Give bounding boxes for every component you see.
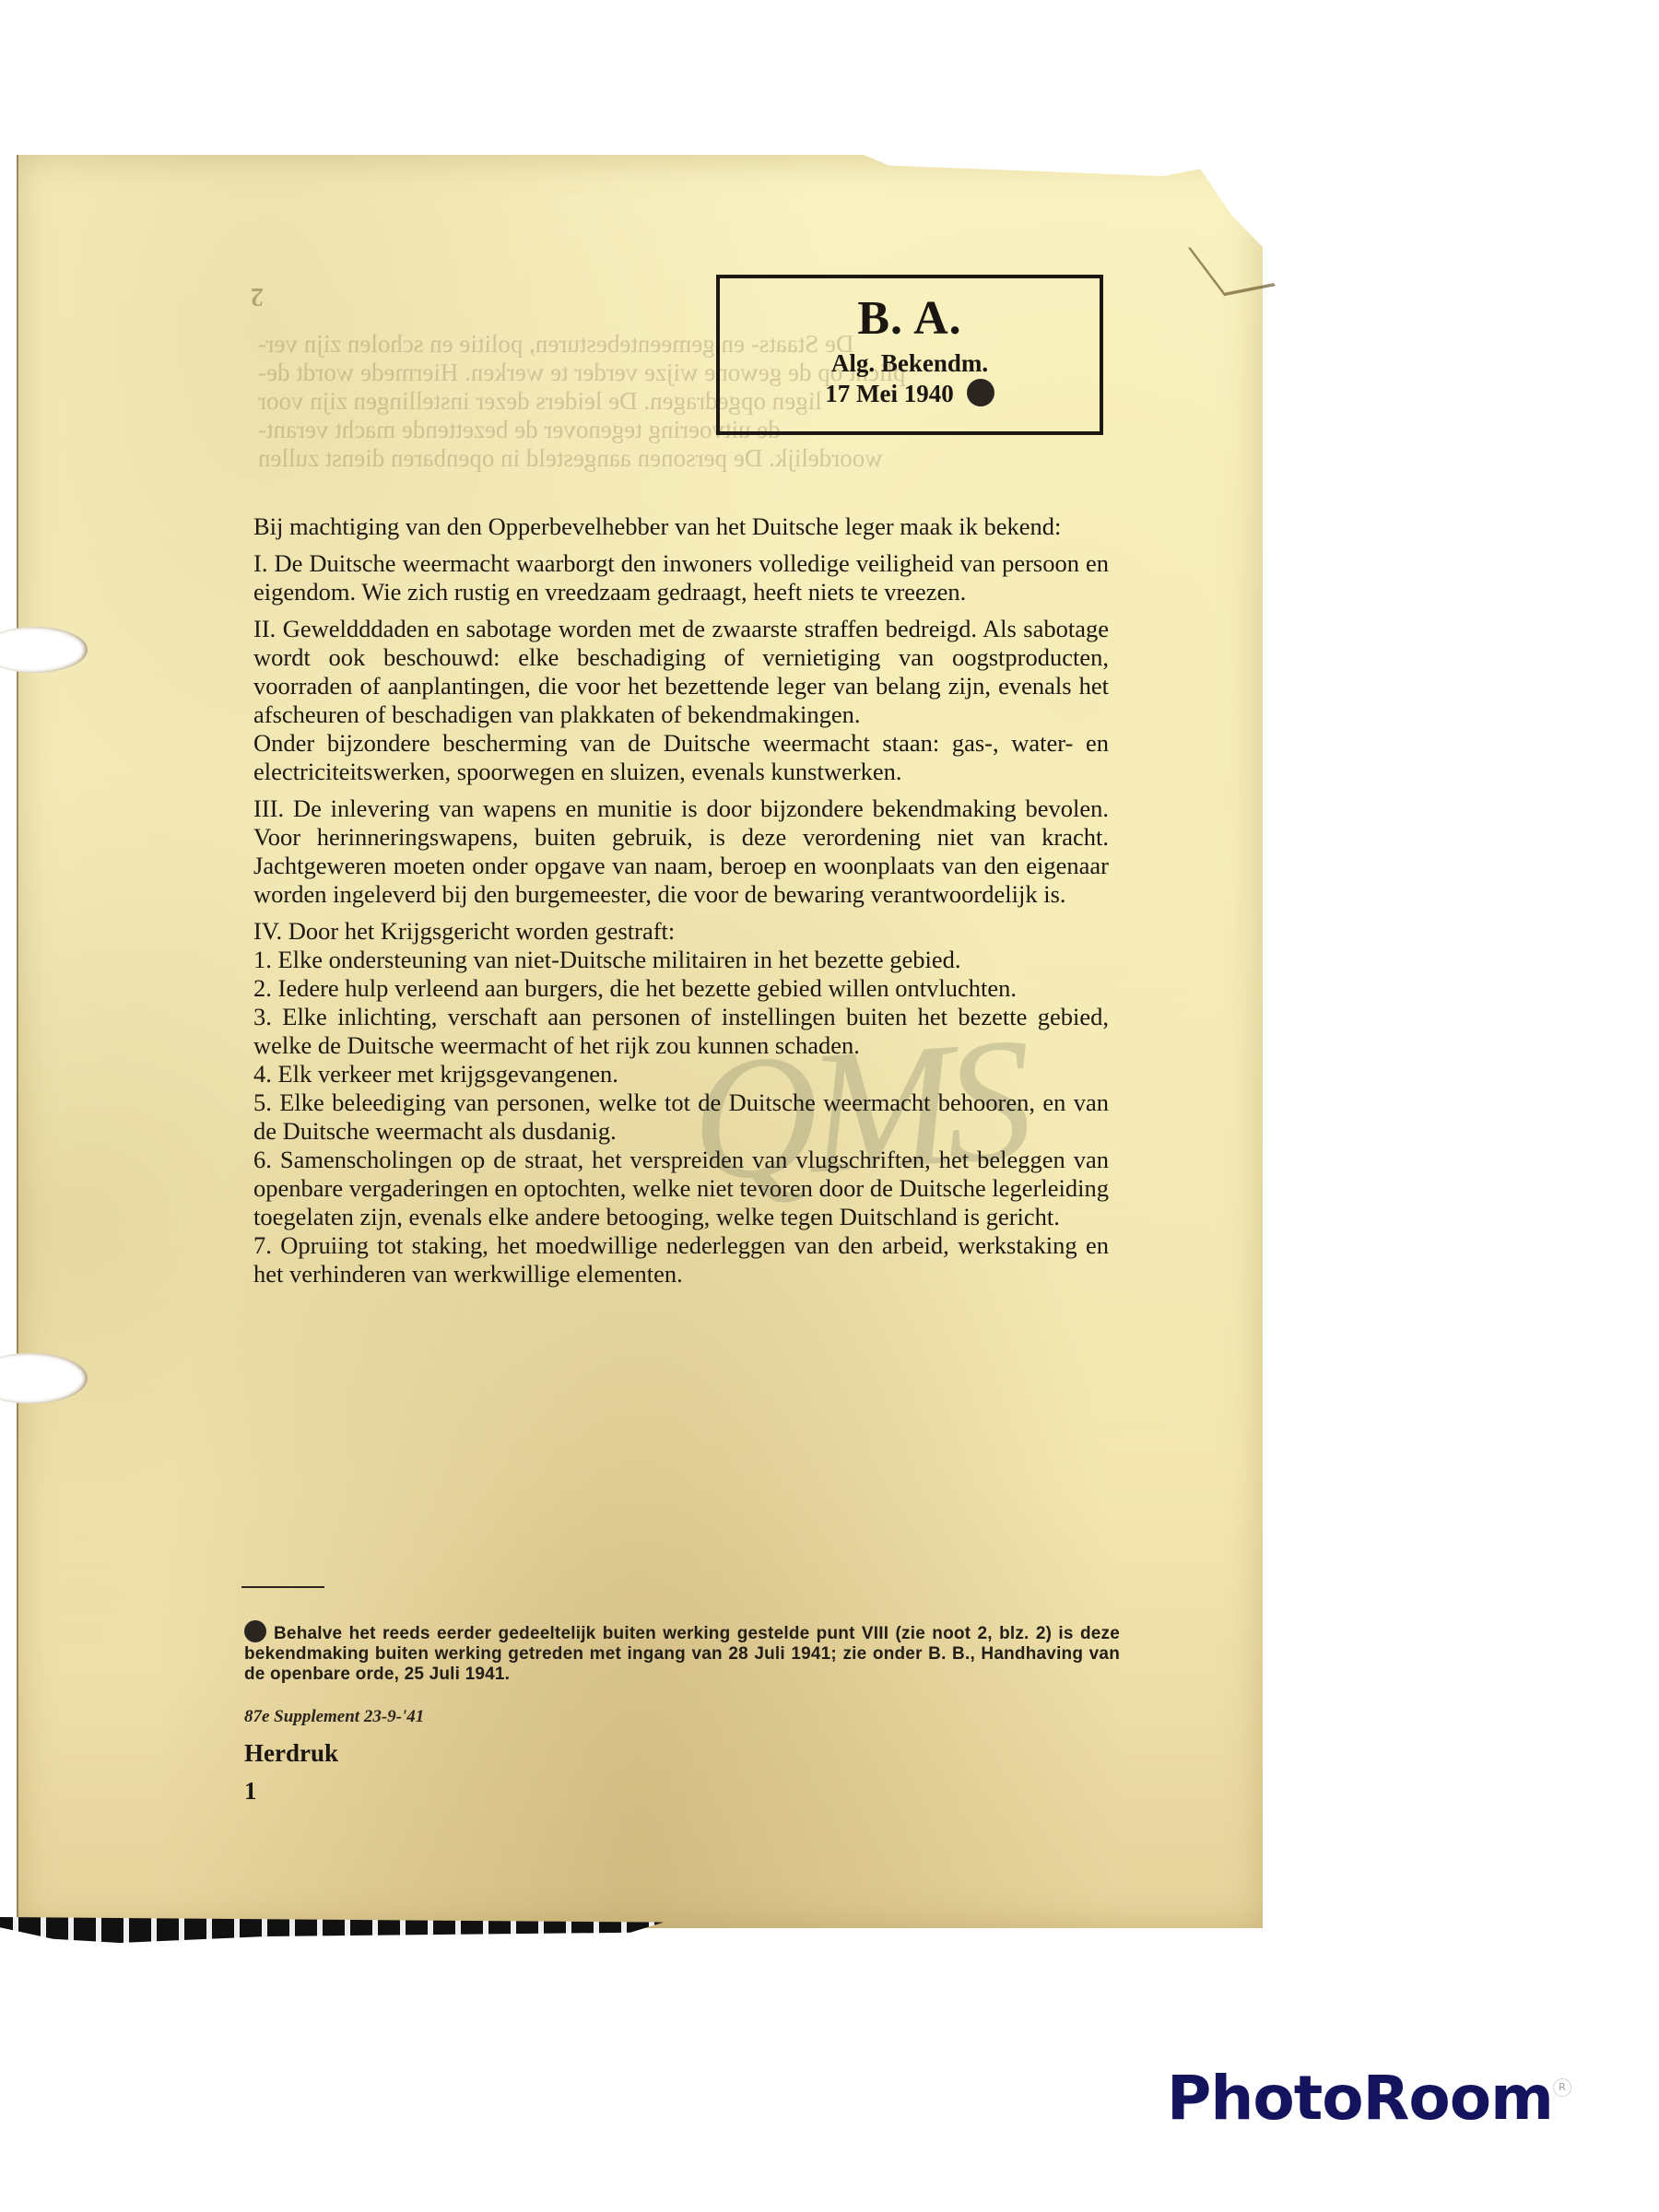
punishable-item: 1. Elke ondersteuning van niet-Duitsche … [253,946,1109,974]
photoroom-logo: PhotoRoom [1167,2063,1553,2134]
black-dot-icon [967,379,994,406]
punishable-item: 7. Opruiing tot staking, het moedwillige… [253,1231,1109,1288]
footnote-text: Behalve het reeds eerder gedeeltelijk bu… [244,1624,1120,1684]
punishable-item: 5. Elke beleediging van personen, welke … [253,1088,1109,1146]
header-box: B. A. Alg. Bekendm. 17 Mei 1940 [716,275,1103,435]
registered-mark-icon: R [1553,2078,1571,2097]
section-4-heading: IV. Door het Krijgsgericht worden gestra… [253,917,1109,946]
reprint-label: Herdruk [244,1739,338,1768]
footnote: Behalve het reeds eerder gedeeltelijk bu… [244,1620,1120,1685]
announcement-body: Bij machtiging van den Opperbevelhebber … [253,512,1109,1288]
intro-paragraph: Bij machtiging van den Opperbevelhebber … [253,512,1109,541]
black-dot-icon [244,1620,266,1642]
section-2-protection: Onder bijzondere bescherming van de Duit… [253,729,1109,786]
header-date-row: 17 Mei 1940 [825,379,994,409]
section-2: II. Geweldddaden en sabotage worden met … [253,615,1109,729]
bleed-through-line: woordelijk. De personen aangesteld in op… [258,444,883,473]
bleed-through-page-number: 2 [251,281,264,311]
bleed-through-line: de uitvoering tegenover de bezettende ma… [258,416,781,444]
supplement-label: 87e Supplement 23-9-'41 [244,1707,424,1727]
footnote-divider [241,1586,324,1588]
page-left-edge [17,155,18,1928]
section-1: I. De Duitsche weermacht waarborgt den i… [253,549,1109,606]
punishable-item: 3. Elke inlichting, verschaft aan person… [253,1003,1109,1060]
header-title: B. A. [720,295,1100,343]
punishable-item: 4. Elk verkeer met krijgsgevangenen. [253,1060,1109,1088]
header-subtitle: Alg. Bekendm. [720,348,1100,379]
punishable-item: 6. Samenscholingen op de straat, het ver… [253,1146,1109,1231]
page-number: 1 [244,1777,257,1806]
header-date: 17 Mei 1940 [825,380,953,407]
punishable-item: 2. Iedere hulp verleend aan burgers, die… [253,974,1109,1003]
section-3: III. De inlevering van wapens en munitie… [253,794,1109,909]
